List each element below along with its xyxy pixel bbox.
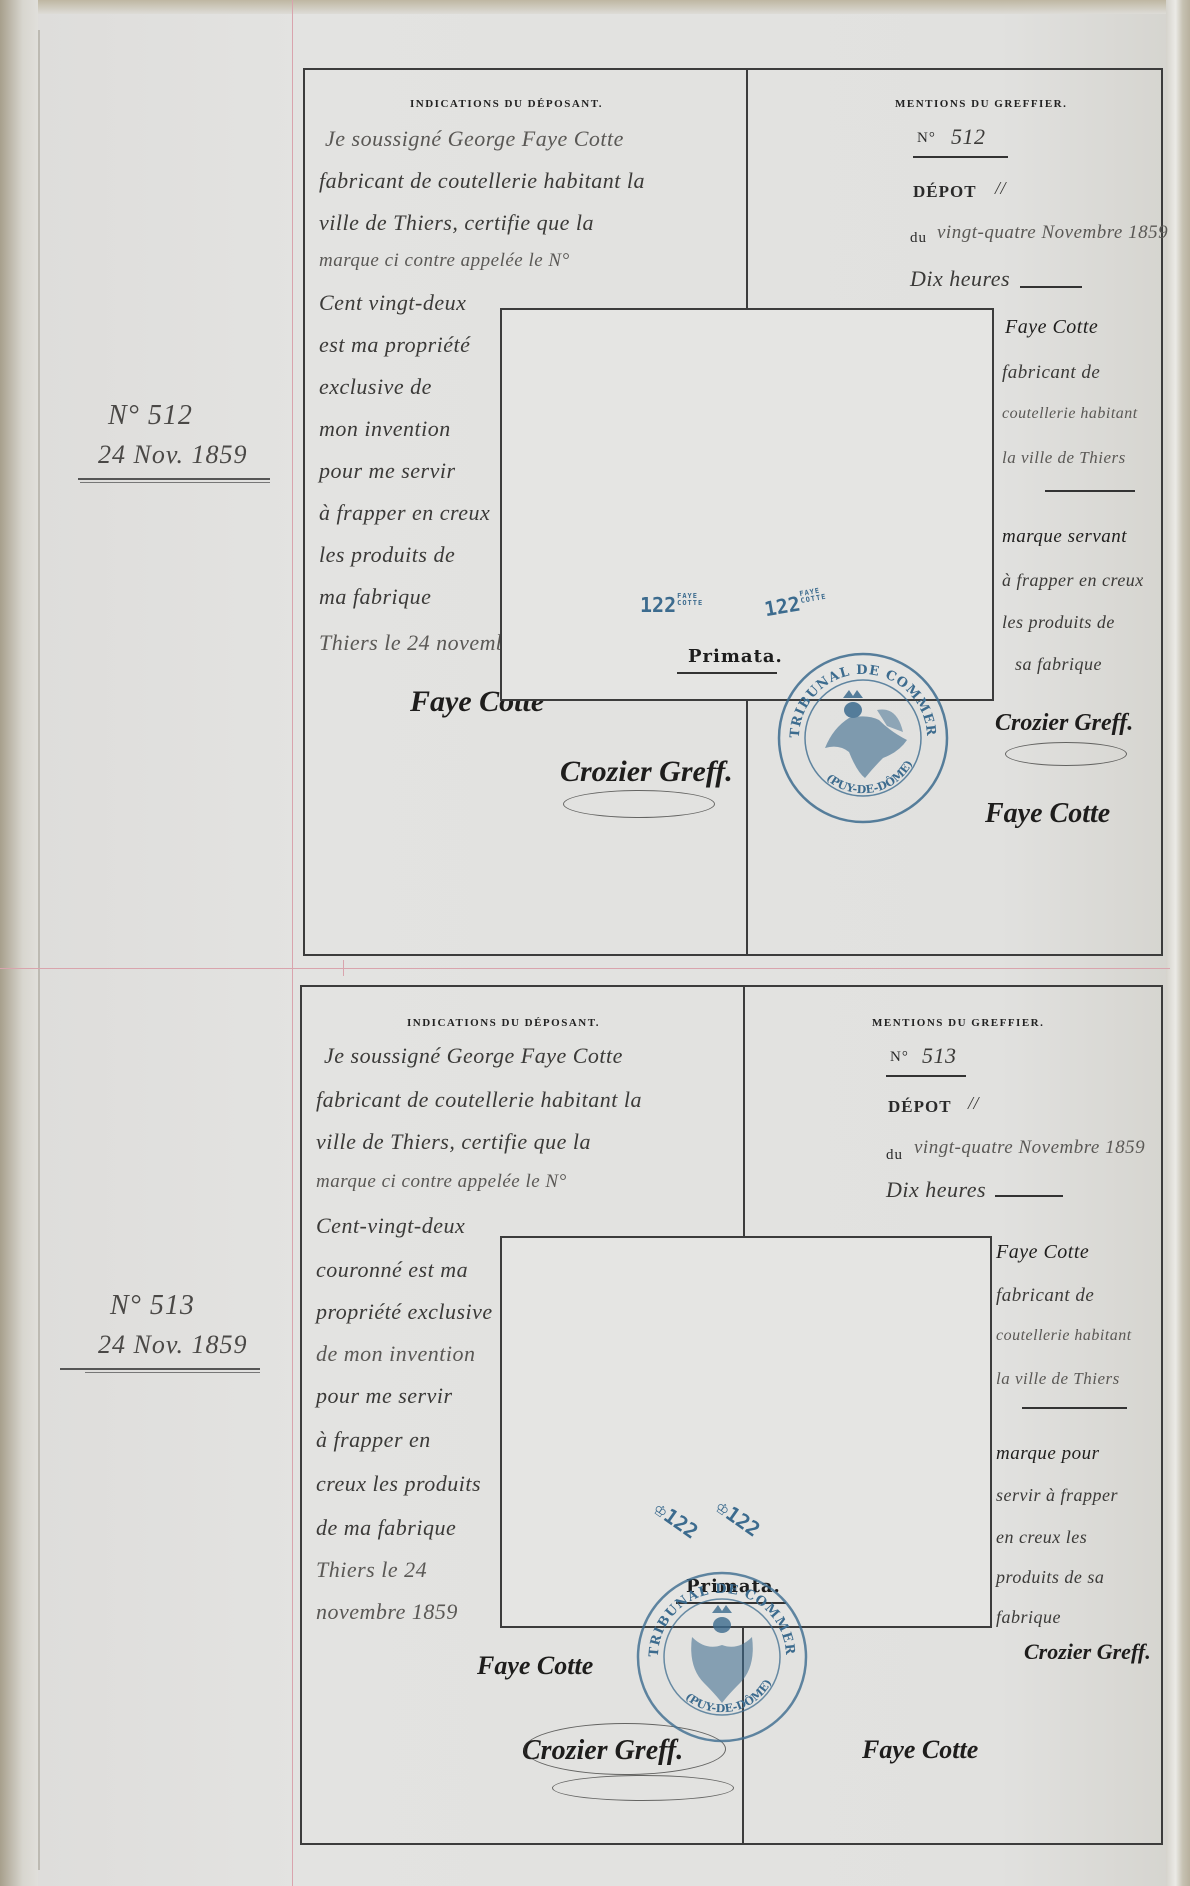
depositor-column-header: INDICATIONS DU DÉPOSANT. xyxy=(410,98,603,110)
register-page: N° 512 24 Nov. 1859 INDICATIONS DU DÉPOS… xyxy=(0,0,1190,1886)
depositor-line: creux les produits xyxy=(316,1471,481,1497)
clerk-note-line: Faye Cotte xyxy=(996,1241,1089,1264)
clerk-column-clerk-signature: Crozier Greff. xyxy=(1024,1639,1151,1665)
clerk-column-clerk-signature: Crozier Greff. xyxy=(995,710,1133,737)
column-divider-top xyxy=(743,987,745,1237)
depositor-line: est ma propriété xyxy=(319,332,470,358)
depositor-line: mon invention xyxy=(319,416,451,442)
clerk-note-line: la ville de Thiers xyxy=(996,1369,1120,1389)
depositor-line: à frapper en xyxy=(316,1427,431,1453)
clerk-signature: Crozier Greff. xyxy=(560,755,733,789)
margin-underline xyxy=(60,1368,260,1370)
deposit-form-513: INDICATIONS DU DÉPOSANT. MENTIONS DU GRE… xyxy=(300,985,1163,1845)
clerk-note-line: fabricant de xyxy=(1002,362,1100,384)
depot-label: DÉPOT xyxy=(888,1097,952,1117)
depositor-line: propriété exclusive xyxy=(316,1299,493,1325)
number-underline xyxy=(913,156,1008,158)
clerk-note-line: fabrique xyxy=(996,1607,1061,1628)
clerk-note-line: servir à frapper xyxy=(996,1485,1118,1506)
clerk-column-depositor-signature: Faye Cotte xyxy=(862,1735,978,1765)
depositor-line: pour me servir xyxy=(316,1383,453,1409)
clerk-note-line: la ville de Thiers xyxy=(1002,448,1126,468)
clerk-note-line: produits de sa xyxy=(996,1567,1104,1588)
depositor-line: fabricant de coutellerie habitant la xyxy=(319,168,645,194)
clerk-note-line: à frapper en creux xyxy=(1002,570,1144,591)
margin-underline xyxy=(78,478,270,480)
signature-flourish xyxy=(563,790,715,818)
margin-entry-number: N° 513 xyxy=(60,1290,250,1322)
clerk-column-header: MENTIONS DU GREFFIER. xyxy=(872,1017,1044,1029)
clerk-number-label: N° xyxy=(917,130,936,147)
margin-entry-number: N° 512 xyxy=(80,400,270,432)
clerk-number-value: 512 xyxy=(951,124,986,150)
depositor-column-header: INDICATIONS DU DÉPOSANT. xyxy=(407,1017,600,1029)
margin-register-entry-1: N° 512 24 Nov. 1859 xyxy=(80,400,270,483)
number-underline xyxy=(886,1075,966,1077)
depositor-line: ma fabrique xyxy=(319,584,431,610)
depositor-line: de ma fabrique xyxy=(316,1515,456,1541)
clerk-note-line: coutellerie habitant xyxy=(996,1327,1132,1345)
margin-register-entry-2: N° 513 24 Nov. 1859 xyxy=(60,1290,250,1373)
crowned-trademark-stamp: ♔122 xyxy=(711,1494,764,1541)
trademark-stamp: 122FAYECOTTE xyxy=(640,593,703,617)
margin-underline-double xyxy=(85,1372,260,1373)
depositor-line: novembre 1859 xyxy=(316,1599,458,1625)
deposit-time: Dix heures xyxy=(910,266,1010,292)
depositor-line: ville de Thiers, certifie que la xyxy=(319,210,594,236)
clerk-note-line: Faye Cotte xyxy=(1005,316,1098,339)
clerk-number-label: N° xyxy=(890,1049,909,1066)
deposit-date: vingt-quatre Novembre 1859 xyxy=(937,222,1168,244)
margin-tick xyxy=(343,960,344,976)
crowned-trademark-stamp: ♔122 xyxy=(649,1496,702,1543)
top-edge-stain xyxy=(0,0,1190,14)
du-label: du xyxy=(910,230,927,247)
column-divider-bottom xyxy=(746,701,748,956)
depositor-line: marque ci contre appelée le N° xyxy=(316,1171,567,1193)
primata-caption: Primata. xyxy=(688,646,783,667)
clerk-column-header: MENTIONS DU GREFFIER. xyxy=(895,98,1067,110)
clerk-note-line: sa fabrique xyxy=(1015,654,1102,675)
margin-entry-date: 24 Nov. 1859 xyxy=(60,1330,250,1360)
depositor-line: ville de Thiers, certifie que la xyxy=(316,1129,591,1155)
deposit-time: Dix heures xyxy=(886,1177,986,1203)
margin-line-vertical xyxy=(292,0,293,1886)
tribunal-seal-icon: TRIBUNAL DE COMMERCE DE THIERS (PUY-DE-D… xyxy=(773,648,953,828)
clerk-number-value: 513 xyxy=(922,1043,957,1069)
depositor-line: les produits de xyxy=(319,542,455,568)
depot-mark: // xyxy=(968,1093,979,1114)
trademark-stamp: 122FAYECOTTE xyxy=(762,587,828,622)
depositor-line: marque ci contre appelée le N° xyxy=(319,250,570,272)
depositor-line: Je soussigné George Faye Cotte xyxy=(324,1043,623,1069)
trademark-box: 122FAYECOTTE 122FAYECOTTE Primata. xyxy=(500,308,994,701)
binding-crease xyxy=(38,30,40,1870)
depositor-line: à frapper en creux xyxy=(319,500,490,526)
clerk-note-line: marque servant xyxy=(1002,526,1127,548)
column-divider-top xyxy=(746,70,748,308)
clerk-note-line: en creux les xyxy=(996,1527,1087,1548)
clerk-column-depositor-signature: Faye Cotte xyxy=(985,798,1110,830)
clerk-note-line: fabricant de xyxy=(996,1285,1094,1307)
page-edge-stack xyxy=(1166,0,1190,1886)
margin-line-horizontal xyxy=(0,968,1170,969)
du-label: du xyxy=(886,1147,903,1164)
depositor-line: fabricant de coutellerie habitant la xyxy=(316,1087,642,1113)
book-binding xyxy=(0,0,38,1886)
depositor-line: Cent-vingt-deux xyxy=(316,1213,465,1239)
clerk-note-line: marque pour xyxy=(996,1443,1100,1465)
margin-entry-date: 24 Nov. 1859 xyxy=(80,440,270,470)
depositor-line: Je soussigné George Faye Cotte xyxy=(325,126,624,152)
margin-underline-double xyxy=(80,482,270,483)
clerk-note-line: coutellerie habitant xyxy=(1002,405,1138,423)
depot-label: DÉPOT xyxy=(913,182,977,202)
depositor-line: exclusive de xyxy=(319,374,432,400)
clerk-note-line: les produits de xyxy=(1002,612,1115,633)
deposit-date: vingt-quatre Novembre 1859 xyxy=(914,1137,1145,1159)
depositor-line: de mon invention xyxy=(316,1341,476,1367)
depositor-line: Cent vingt-deux xyxy=(319,290,466,316)
depositor-line: pour me servir xyxy=(319,458,456,484)
depot-mark: // xyxy=(995,178,1006,199)
depositor-signature: Faye Cotte xyxy=(477,1651,593,1681)
tribunal-seal-icon: TRIBUNAL DE COMMERCE DE THIERS (PUY-DE-D… xyxy=(632,1567,812,1747)
depositor-line: Thiers le 24 xyxy=(316,1557,427,1583)
deposit-form-512: INDICATIONS DU DÉPOSANT. MENTIONS DU GRE… xyxy=(303,68,1163,956)
depositor-line: couronné est ma xyxy=(316,1257,468,1283)
